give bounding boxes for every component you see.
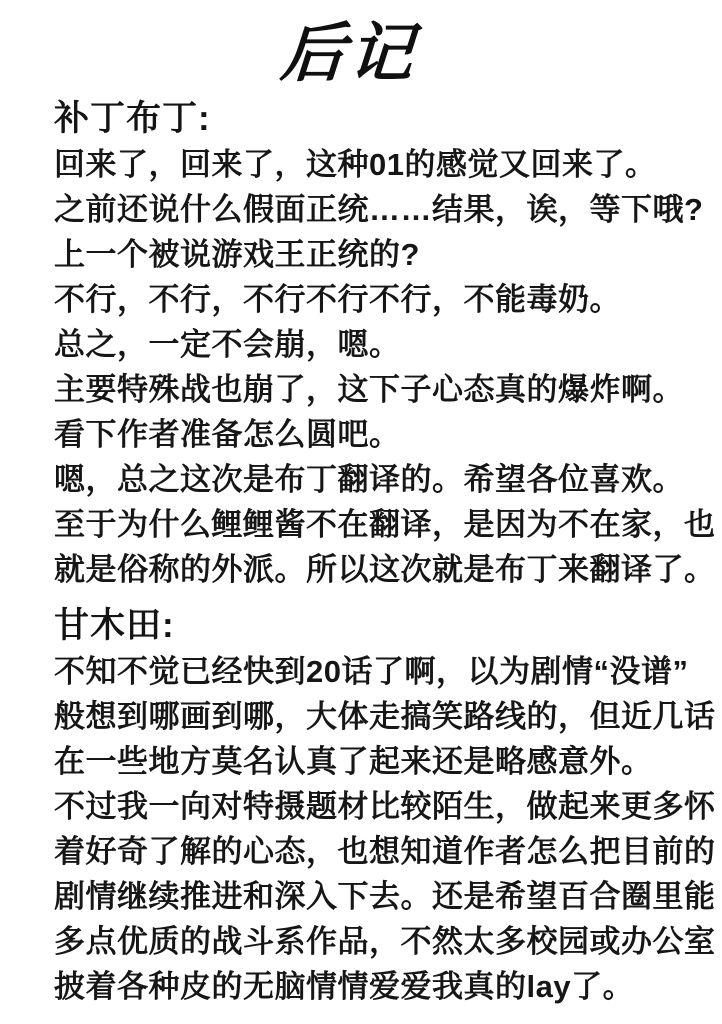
paragraph-line: 就是俗称的外派。所以这次就是布丁来翻译了。 bbox=[54, 547, 698, 592]
paragraph-line: 披着各种皮的无脑情情爱爱我真的lay了。 bbox=[54, 964, 698, 1009]
paragraph-line: 之前还说什么假面正统……结果，诶，等下哦? bbox=[54, 187, 698, 232]
section-heading-ganmutian: 甘木田: bbox=[54, 603, 698, 649]
section-translator-1: 补丁布丁: 回来了，回来了，这种01的感觉又回来了。 之前还说什么假面正统……结… bbox=[54, 96, 698, 592]
paragraph-line: 不过我一向对特摄题材比较陌生，做起来更多怀 bbox=[54, 784, 698, 829]
paragraph-line: 剧情继续推进和深入下去。还是希望百合圈里能 bbox=[54, 874, 698, 919]
paragraph-line: 嗯，总之这次是布丁翻译的。希望各位喜欢。 bbox=[54, 457, 698, 502]
paragraph-line: 不知不觉已经快到20话了啊，以为剧情“没谱” bbox=[54, 649, 698, 694]
paragraph-line: 上一个被说游戏王正统的? bbox=[54, 232, 698, 277]
afterword-page: 后记 补丁布丁: 回来了，回来了，这种01的感觉又回来了。 之前还说什么假面正统… bbox=[0, 0, 722, 1024]
paragraph-line: 不行，不行，不行不行不行，不能毒奶。 bbox=[54, 277, 698, 322]
paragraph-line: 在一些地方莫名认真了起来还是略感意外。 bbox=[54, 739, 698, 784]
paragraph-line: 看下作者准备怎么圆吧。 bbox=[54, 412, 698, 457]
paragraph-line: 着好奇了解的心态，也想知道作者怎么把目前的 bbox=[54, 829, 698, 874]
paragraph-line: 多点优质的战斗系作品，不然太多校园或办公室 bbox=[54, 919, 698, 964]
page-title: 后记 bbox=[21, 10, 677, 96]
section-translator-2: 甘木田: 不知不觉已经快到20话了啊，以为剧情“没谱” 般想到哪画到哪，大体走搞… bbox=[54, 603, 698, 1009]
paragraph-line: 总之，一定不会崩，嗯。 bbox=[54, 322, 698, 367]
paragraph-line: 主要特殊战也崩了，这下子心态真的爆炸啊。 bbox=[54, 367, 698, 412]
section-heading-puding: 补丁布丁: bbox=[54, 96, 698, 142]
paragraph-line: 至于为什么鲤鲤酱不在翻译，是因为不在家，也 bbox=[54, 502, 698, 547]
paragraph-line: 回来了，回来了，这种01的感觉又回来了。 bbox=[54, 142, 698, 187]
paragraph-line: 般想到哪画到哪，大体走搞笑路线的，但近几话 bbox=[54, 694, 698, 739]
